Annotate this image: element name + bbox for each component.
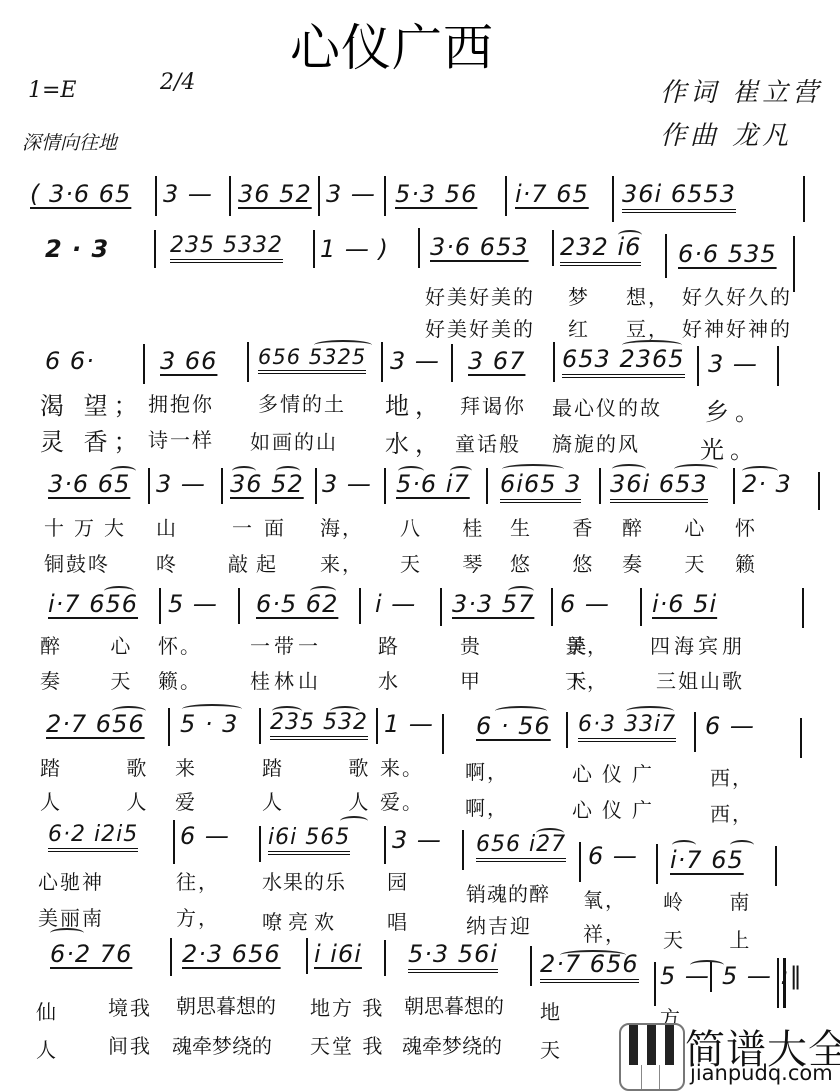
measure: 6·2 i2i5 (48, 822, 138, 852)
lyric: 一面 (232, 512, 296, 541)
lyric: 好久好久的 (682, 281, 792, 310)
slur (450, 466, 472, 476)
lyric: 往， (176, 866, 220, 895)
lyric: 地 (540, 996, 562, 1025)
lyric: 路 (378, 630, 400, 659)
barline (442, 714, 444, 754)
lyric: 水 (378, 665, 400, 694)
lyric: 西， (710, 798, 754, 827)
measure: 6i65 3 (500, 470, 581, 503)
barline (775, 846, 777, 886)
lyric: 地， (385, 386, 445, 421)
barline (247, 342, 249, 382)
slur (495, 706, 547, 716)
lyric: 人 人 (40, 786, 176, 815)
barline (818, 472, 820, 510)
final-barline-thick (783, 958, 786, 1008)
slur (742, 466, 778, 476)
barline (803, 176, 805, 222)
measure: 1 — ) (320, 235, 389, 263)
measure: 5 — (168, 590, 218, 618)
barline (777, 346, 779, 386)
measure: 3 — (708, 350, 758, 378)
barline (148, 468, 150, 504)
lyric: 天 琴 (400, 548, 500, 577)
lyric: 心仪广 (572, 794, 662, 823)
measure: 6·6 535 (678, 240, 777, 268)
barline (656, 844, 658, 884)
measure: i·7 65 (670, 846, 744, 874)
measure: 36 52 (238, 180, 312, 208)
lyric: 梦 (568, 281, 590, 310)
lyric: 西， (710, 762, 754, 791)
barline (612, 176, 614, 222)
slur (674, 464, 718, 474)
measure: 3 — (390, 347, 440, 375)
lyric: 来。 (380, 752, 424, 781)
lyric: 间我 (108, 1030, 152, 1059)
lyric: 山 (156, 512, 178, 541)
barline (451, 344, 453, 382)
lyric: 八 桂 (400, 512, 500, 541)
lyric: 仙 (36, 996, 58, 1025)
lyric: 踏 歌 (262, 752, 398, 781)
measure: 6 — (705, 712, 755, 740)
barline (566, 712, 568, 748)
lyric: 海， (320, 512, 364, 541)
measure: 3 — (156, 470, 206, 498)
lyric: 想， (626, 281, 670, 310)
slur (104, 586, 134, 596)
measure: 235 5332 (170, 233, 283, 263)
measure: 6·3 33i7 (578, 712, 676, 742)
lyric: 天堂 我 (310, 1030, 384, 1059)
barline (800, 718, 802, 758)
lyric: 嘹亮欢 (262, 906, 340, 935)
barline (259, 708, 261, 744)
measure: 3 — (322, 470, 372, 498)
lyric: 好神好神的 (682, 313, 792, 342)
barline (486, 468, 488, 504)
lyric: 境我 (108, 992, 152, 1021)
lyric: 心驰神 (38, 866, 104, 895)
barline (306, 938, 308, 974)
lyric: 人 人 (262, 786, 398, 815)
lyric: 拜谒你 (460, 390, 526, 419)
lyric: 多情的土 (258, 388, 346, 417)
measure: 3 67 (468, 347, 525, 375)
slur (618, 230, 642, 240)
measure: 3 66 (160, 347, 217, 375)
lyric: 一带一 (250, 630, 322, 659)
lyric: 悠 悠 (510, 548, 610, 577)
lyric: 桂林山 (250, 665, 322, 694)
lyric: 三姐山歌 (656, 665, 744, 694)
barline (418, 228, 420, 268)
barline (154, 230, 156, 268)
lyric: 朝思暮想的 (176, 990, 276, 1019)
slur (340, 816, 368, 826)
lyric: 唱 (387, 906, 409, 935)
lyric: 爱。 (380, 786, 424, 815)
barline (802, 588, 804, 628)
lyric: 籁。 (158, 665, 202, 694)
barline (238, 588, 240, 624)
slur (502, 464, 564, 474)
lyric: 踏 歌 (40, 752, 176, 781)
lyric: 水果的乐 (262, 866, 346, 895)
barline (654, 962, 656, 1006)
barline (384, 176, 386, 216)
measure: 6 · 56 (476, 712, 551, 740)
measure: 6 — (560, 590, 610, 618)
key-signature: 1=E (28, 78, 77, 103)
lyric: 铜鼓咚 (44, 548, 110, 577)
barline (553, 342, 555, 382)
barline (579, 842, 581, 882)
barline (384, 826, 386, 864)
measure: 36i 6553 (622, 180, 736, 213)
song-title: 心仪广西 (290, 8, 494, 80)
time-signature: 2/4 (160, 70, 195, 95)
expression-marking: 深情向往地 (22, 128, 117, 155)
lyric: 来 (175, 752, 197, 781)
slur (276, 466, 300, 476)
slur (560, 950, 626, 960)
lyric: 十万大 (44, 512, 134, 541)
barline (665, 234, 667, 278)
barline (170, 938, 172, 976)
barline (381, 342, 383, 382)
measure: 5 · 3 (180, 710, 238, 738)
measure: 5 — :‖ (722, 962, 803, 990)
measure: 3·6 653 (430, 233, 529, 261)
lyric: 红 (568, 313, 590, 342)
lyric: 来， (320, 548, 364, 577)
lyric: 敲起 (228, 548, 284, 577)
slur (272, 706, 302, 716)
slur (730, 840, 754, 850)
lyric: 方， (176, 902, 220, 931)
slur (398, 466, 424, 476)
lyric: 咚 (156, 548, 178, 577)
slur (536, 828, 564, 838)
measure: 3 — (326, 180, 376, 208)
measure: 3 — (392, 826, 442, 854)
lyric: 爱 (175, 786, 197, 815)
measure: 6 — (180, 822, 230, 850)
lyric: 园 (387, 866, 409, 895)
lyric: 四海宾朋 (650, 630, 746, 659)
lyric: 魂牵梦绕的 (172, 1030, 272, 1059)
lyric: 心仪广 (572, 758, 662, 787)
lyric: 水， (385, 424, 445, 459)
slur (182, 704, 242, 714)
final-barline-thin (777, 958, 779, 1008)
measure: i — (375, 590, 416, 618)
barline (259, 826, 261, 862)
lyric: 如画的山 (250, 426, 338, 455)
lyric: 乡。 (705, 392, 765, 427)
barline (505, 176, 507, 216)
lyric: 氧， (583, 884, 627, 913)
lyric: 奏 天 (622, 548, 722, 577)
lyric: 下， (565, 665, 609, 694)
watermark-url: jianpudq.com (690, 1061, 833, 1085)
lyric: 销魂的醉 (466, 878, 550, 907)
lyric: 光。 (700, 430, 760, 465)
barline (359, 588, 361, 624)
barline (173, 820, 175, 864)
lyric: 美丽南 (38, 902, 104, 931)
composer-credit: 作曲 龙凡 (660, 115, 792, 152)
measure: i·7 65 (515, 180, 589, 208)
measure: 6·2 76 (50, 940, 132, 968)
lyric: 豆， (626, 313, 670, 342)
lyric: 景， (565, 630, 609, 659)
lyric: 奏 天 (40, 665, 152, 694)
lyric: 纳吉迎 (466, 910, 532, 939)
lyric: 拥抱你 (148, 388, 214, 417)
slur (232, 466, 256, 476)
barline (229, 176, 231, 216)
barline (376, 708, 378, 744)
measure: 5·3 56i (408, 940, 498, 973)
measure: 5·3 56 (395, 180, 477, 208)
barline (552, 230, 554, 266)
slur (50, 928, 84, 938)
lyric: 好美好美的 (425, 313, 535, 342)
barline (221, 468, 223, 504)
measure: 2 · 3 (45, 235, 109, 263)
lyric: 地方 我 (310, 992, 384, 1021)
piano-keys-icon (619, 1023, 685, 1091)
barline (440, 588, 442, 626)
barline (143, 344, 145, 384)
barline (551, 588, 553, 626)
lyric: 祥， (583, 918, 627, 947)
lyric: 诗一样 (148, 424, 214, 453)
measure: 36i 653 (610, 470, 708, 503)
slur (612, 464, 646, 474)
lyric: 人 (36, 1034, 58, 1063)
lyric: 怀 (735, 512, 757, 541)
measure: 6 6· (45, 347, 95, 375)
lyric: 天 上 (663, 924, 769, 953)
lyric: 童话般 (455, 428, 521, 457)
measure: 2·3 656 (182, 940, 281, 968)
barline (384, 940, 386, 976)
barline (697, 346, 699, 386)
barline (694, 712, 696, 752)
lyric: 旖旎的风 (552, 428, 640, 457)
measure: 1 — (384, 710, 434, 738)
slur (112, 706, 146, 716)
barline (313, 230, 315, 268)
barline (315, 468, 317, 504)
lyric: 天 (540, 1034, 562, 1063)
lyric: 怀。 (158, 630, 202, 659)
lyric: 最心仪的故 (552, 392, 662, 421)
slur (672, 840, 696, 850)
lyric: 生 香 (510, 512, 610, 541)
measure: i i6i (314, 940, 362, 968)
lyric: 籁 (735, 548, 757, 577)
barline (384, 468, 386, 504)
slur (622, 340, 682, 350)
barline (530, 946, 532, 986)
slur (690, 960, 724, 970)
lyric: 朝思暮想的 (404, 990, 504, 1019)
lyric: 魂牵梦绕的 (402, 1030, 502, 1059)
barline (159, 588, 161, 624)
measure: i·6 5i (652, 590, 717, 618)
measure: ( 3·6 65 (30, 180, 131, 208)
barline (318, 176, 320, 216)
barline (599, 468, 601, 504)
slur (626, 706, 674, 716)
slur (314, 340, 372, 350)
barline (155, 176, 157, 216)
slur (508, 586, 534, 596)
lyricist-credit: 作词 崔立营 (660, 72, 822, 109)
slur (330, 706, 360, 716)
barline (793, 236, 795, 292)
lyric: 啊， (465, 756, 509, 785)
lyric: 醉 心 (622, 512, 722, 541)
barline (640, 588, 642, 626)
barline (462, 830, 464, 870)
lyric: 灵 香； (40, 422, 144, 457)
measure: 3 — (163, 180, 213, 208)
lyric: 啊， (465, 792, 509, 821)
barline (168, 708, 170, 746)
lyric: 岭 南 (663, 886, 769, 915)
lyric: 醉 心 (40, 630, 152, 659)
lyric: 好美好美的 (425, 281, 535, 310)
barline (733, 468, 735, 504)
slur (110, 466, 136, 476)
slur (310, 586, 336, 596)
measure: 6 — (588, 842, 638, 870)
lyric: 渴 望； (40, 386, 144, 421)
measure: i6i 565 (268, 825, 350, 855)
barline (710, 962, 712, 992)
